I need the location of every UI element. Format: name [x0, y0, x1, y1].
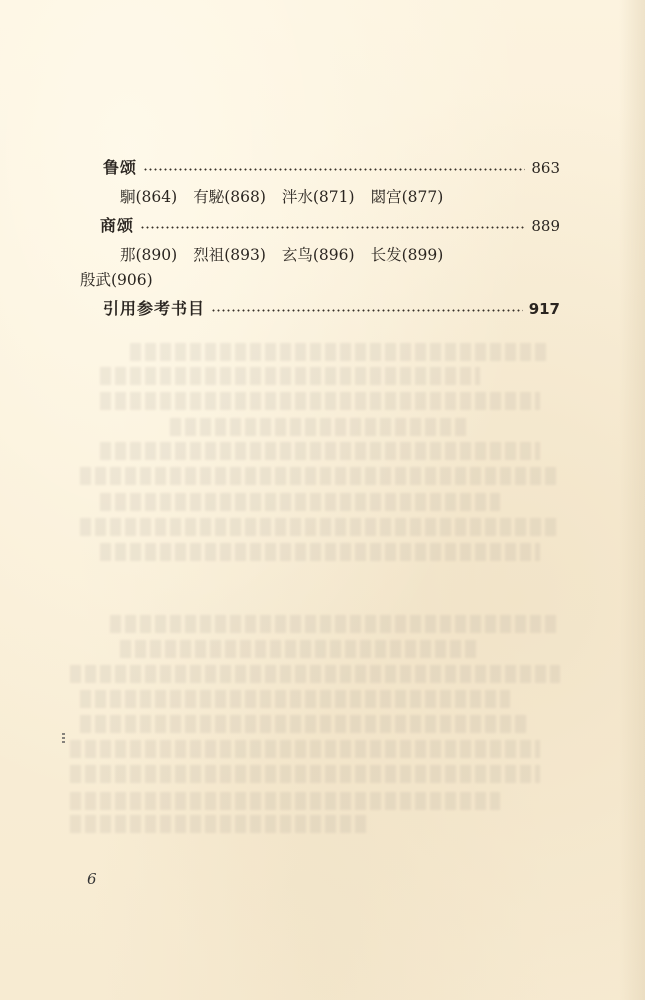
page-edge-shadow [619, 0, 645, 1000]
toc-poem[interactable]: 泮水(871) [282, 185, 355, 207]
toc-entry-lu-song[interactable]: 鲁颂 863 [103, 155, 560, 178]
toc-poem[interactable]: 駉(864) [120, 185, 177, 207]
toc-entry-title: 商颂 [100, 213, 134, 236]
toc-poem[interactable]: 烈祖(893) [193, 243, 266, 265]
dot-leader [143, 168, 525, 171]
toc-poem[interactable]: 有駜(868) [193, 185, 266, 207]
dot-leader [140, 226, 525, 229]
toc-poem-list: 駉(864) 有駜(868) 泮水(871) 閟宫(877) [120, 185, 459, 207]
toc-entry-title: 引用参考书目 [103, 296, 205, 319]
toc-poem[interactable]: 殷武(906) [80, 268, 153, 290]
toc-entry-page: 889 [531, 217, 560, 235]
toc-poem-list: 那(890) 烈祖(893) 玄鸟(896) 长发(899) [120, 243, 459, 265]
toc-poem[interactable]: 玄鸟(896) [282, 243, 355, 265]
toc-poem[interactable]: 閟宫(877) [371, 185, 444, 207]
toc-entry-shang-song[interactable]: 商颂 889 [100, 213, 560, 236]
dot-leader [211, 309, 523, 312]
toc-poem[interactable]: 那(890) [120, 243, 177, 265]
toc-entry-bibliography[interactable]: 引用参考书目 917 [103, 296, 560, 319]
page-number: 6 [87, 870, 97, 888]
margin-speck [62, 733, 65, 743]
toc-entry-page: 863 [531, 159, 560, 177]
toc-entry-title: 鲁颂 [103, 155, 137, 178]
toc-poem-list-continued: 殷武(906) [80, 268, 169, 290]
toc-entry-page: 917 [529, 300, 560, 318]
toc-poem[interactable]: 长发(899) [371, 243, 444, 265]
